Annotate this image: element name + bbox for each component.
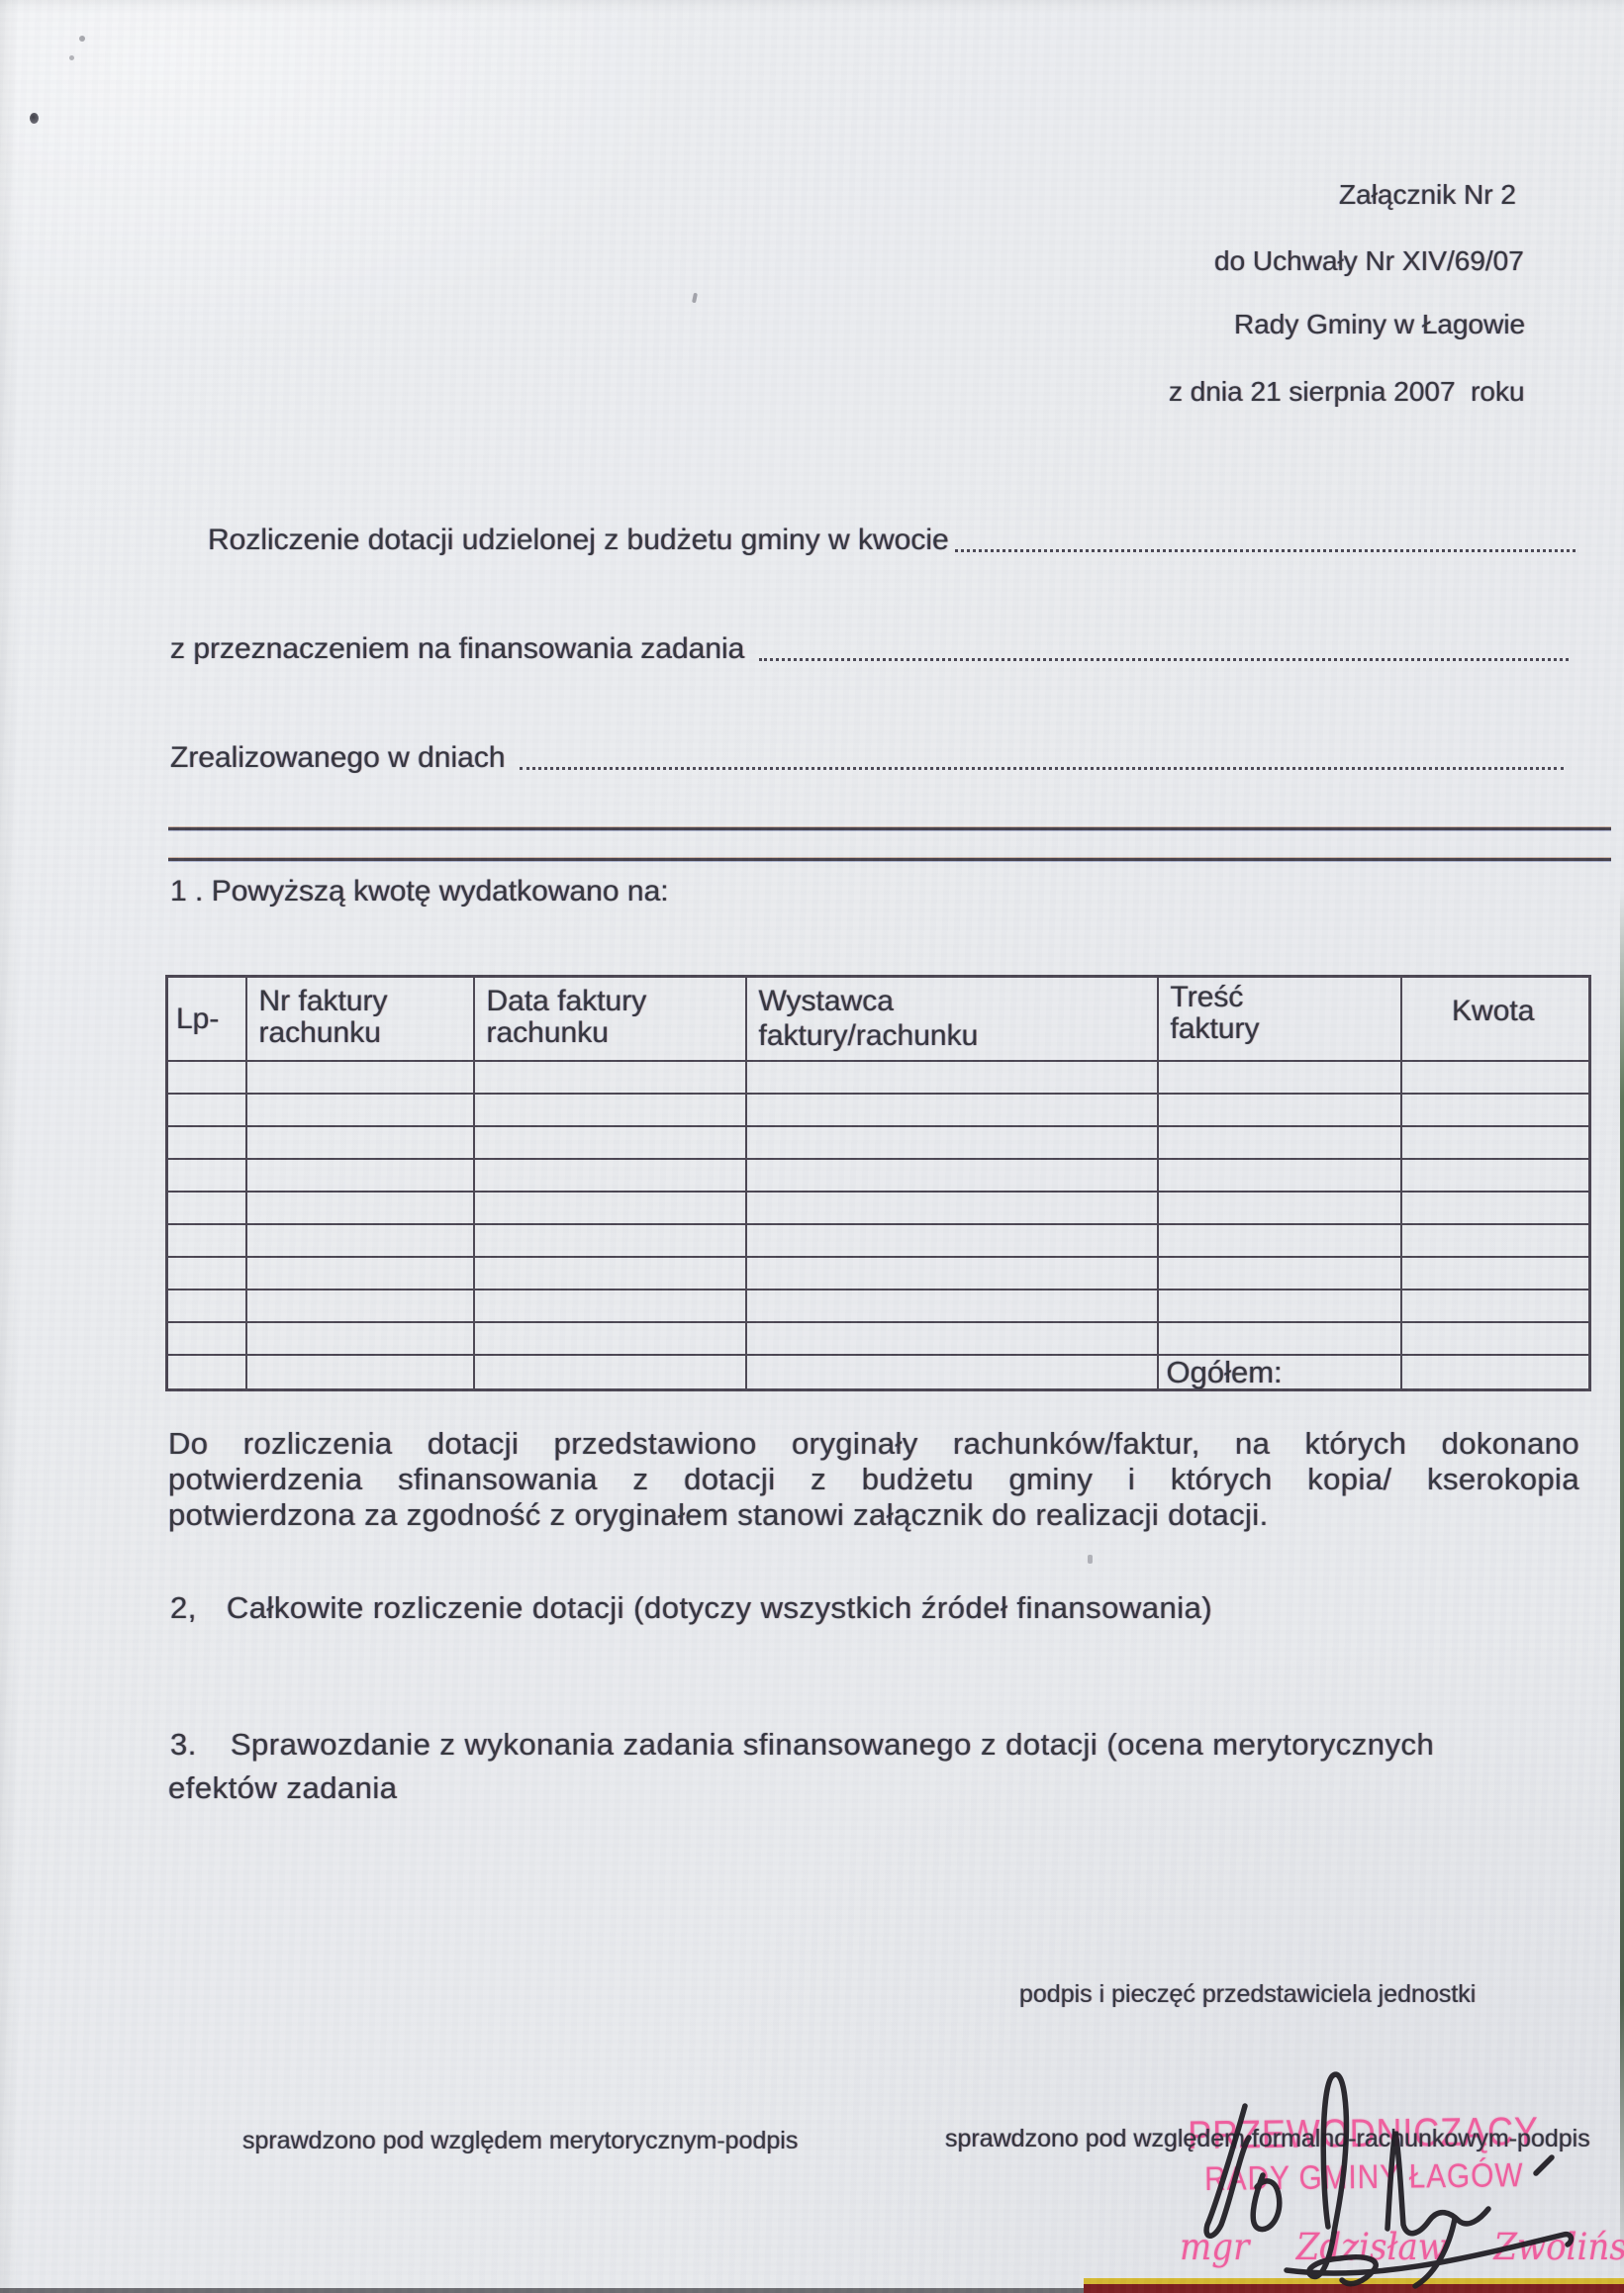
table-row xyxy=(167,1322,1590,1355)
table-cell xyxy=(1401,1257,1590,1290)
table-cell xyxy=(474,1061,746,1094)
table-cell xyxy=(1158,1257,1401,1290)
item-2-text: Całkowite rozliczenie dotacji (dotyczy w… xyxy=(227,1590,1212,1625)
attachment-date: z dnia 21 sierpnia 2007 roku xyxy=(1169,376,1525,408)
column-header-label: Wystawca xyxy=(759,985,894,1017)
table-row xyxy=(167,1257,1590,1290)
scan-speck xyxy=(69,55,74,60)
signature-stroke xyxy=(1253,2175,1280,2230)
column-header-label: Data faktury xyxy=(487,985,647,1017)
fill-line-realized-blank xyxy=(520,757,1564,770)
table-row xyxy=(167,1290,1590,1322)
verification-left: sprawdzono pod względem merytorycznym-po… xyxy=(242,2127,798,2155)
table-cell xyxy=(474,1224,746,1257)
total-value-cell xyxy=(1401,1355,1590,1390)
column-header-amount: Kwota xyxy=(1401,977,1590,1062)
fill-line-amount: Rozliczenie dotacji udzielonej z budżetu… xyxy=(208,523,1576,558)
item-3-text-line1: Sprawozdanie z wykonania zadania sfinans… xyxy=(231,1727,1434,1762)
table-cell xyxy=(1401,1159,1590,1192)
column-header-label: Nr faktury xyxy=(259,985,388,1017)
table-cell xyxy=(1158,1322,1401,1355)
horizontal-rule-top xyxy=(168,827,1611,830)
table-row xyxy=(167,1224,1590,1257)
table-cell xyxy=(246,1192,474,1224)
table-cell xyxy=(474,1290,746,1322)
total-label: Ogółem: xyxy=(1158,1355,1401,1390)
table-cell xyxy=(474,1126,746,1159)
fill-line-amount-blank xyxy=(955,539,1576,552)
fill-line-purpose-blank xyxy=(759,648,1569,661)
expenses-table: Lp- Nr fakturyrachunku Data fakturyrachu… xyxy=(165,975,1591,1391)
table-cell xyxy=(246,1224,474,1257)
signature-caption: podpis i pieczęć przedstawiciela jednost… xyxy=(1019,1980,1476,2009)
table-cell xyxy=(474,1159,746,1192)
table-cell xyxy=(167,1159,246,1192)
table-cell xyxy=(246,1290,474,1322)
table-row xyxy=(167,1192,1590,1224)
column-header-label: rachunku xyxy=(259,1016,381,1049)
table-cell xyxy=(1158,1061,1401,1094)
table-cell xyxy=(474,1355,746,1390)
closing-paragraph: Do rozliczenia dotacji przedstawiono ory… xyxy=(168,1426,1579,1533)
table-cell xyxy=(746,1322,1158,1355)
table-cell xyxy=(746,1061,1158,1094)
attachment-resolution: do Uchwały Nr XIV/69/07 xyxy=(1214,245,1524,277)
column-header-invoice-number: Nr fakturyrachunku xyxy=(246,977,474,1062)
table-cell xyxy=(167,1290,246,1322)
table-cell xyxy=(1158,1094,1401,1126)
column-header-label: faktury/rachunku xyxy=(759,1019,979,1052)
table-cell xyxy=(1401,1126,1590,1159)
column-header-label: Lp- xyxy=(176,1003,219,1035)
column-header-issuer: Wystawcafaktury/rachunku xyxy=(746,977,1158,1062)
section1-heading: 1 . Powyższą kwotę wydatkowano na: xyxy=(170,875,669,908)
signature-stroke xyxy=(1309,2233,1376,2284)
table-cell xyxy=(1158,1192,1401,1224)
table-cell xyxy=(746,1094,1158,1126)
table-header-row: Lp- Nr fakturyrachunku Data fakturyrachu… xyxy=(167,977,1590,1062)
column-header-label: rachunku xyxy=(487,1016,609,1049)
signature-stroke xyxy=(1206,2106,1249,2236)
item-3-marker: 3. xyxy=(170,1727,197,1763)
table-cell xyxy=(167,1126,246,1159)
table-cell xyxy=(474,1192,746,1224)
horizontal-rule-bottom xyxy=(168,858,1611,861)
scanned-document-page: Załącznik Nr 2 do Uchwały Nr XIV/69/07 R… xyxy=(0,0,1624,2293)
table-cell xyxy=(474,1094,746,1126)
table-cell xyxy=(246,1355,474,1390)
table-cell xyxy=(1158,1126,1401,1159)
table-cell xyxy=(246,1061,474,1094)
table-cell xyxy=(1401,1322,1590,1355)
table-row xyxy=(167,1159,1590,1192)
table-cell xyxy=(746,1355,1158,1390)
fill-line-purpose-label: z przeznaczeniem na finansowania zadania xyxy=(170,631,753,667)
table-cell xyxy=(167,1224,246,1257)
column-header-invoice-date: Data fakturyrachunku xyxy=(474,977,746,1062)
table-total-row: Ogółem: xyxy=(167,1355,1590,1390)
table-cell xyxy=(1401,1094,1590,1126)
fill-line-realized-label: Zrealizowanego w dniach xyxy=(170,740,514,776)
table-cell xyxy=(474,1257,746,1290)
item-2-marker: 2, xyxy=(170,1590,197,1626)
table-cell xyxy=(246,1257,474,1290)
table-row xyxy=(167,1094,1590,1126)
table-cell xyxy=(746,1159,1158,1192)
attachment-council: Rady Gminy w Łagowie xyxy=(1234,309,1525,340)
table-cell xyxy=(746,1224,1158,1257)
column-header-content: Treśćfaktury xyxy=(1158,977,1401,1062)
table-cell xyxy=(246,1159,474,1192)
fill-line-purpose: z przeznaczeniem na finansowania zadania xyxy=(170,631,1569,667)
scan-speck xyxy=(692,293,698,304)
table-cell xyxy=(1401,1290,1590,1322)
column-header-label: Treść xyxy=(1171,981,1244,1013)
signature-stroke xyxy=(1323,2074,1346,2233)
table-cell xyxy=(746,1192,1158,1224)
table-cell xyxy=(167,1355,246,1390)
item-2: 2,Całkowite rozliczenie dotacji (dotyczy… xyxy=(170,1590,1212,1626)
fill-line-amount-label: Rozliczenie dotacji udzielonej z budżetu… xyxy=(208,523,949,558)
table-cell xyxy=(167,1322,246,1355)
scan-speck xyxy=(79,36,85,42)
table-cell xyxy=(1401,1061,1590,1094)
item-3-text-line2: efektów zadania xyxy=(168,1770,398,1806)
table-cell xyxy=(167,1094,246,1126)
attachment-number: Załącznik Nr 2 xyxy=(1339,179,1516,211)
table-cell xyxy=(1401,1192,1590,1224)
table-cell xyxy=(1158,1159,1401,1192)
table-cell xyxy=(167,1061,246,1094)
table-row xyxy=(167,1061,1590,1094)
closing-paragraph-line: potwierdzona za zgodność z oryginałem st… xyxy=(168,1497,1579,1533)
column-header-label: Kwota xyxy=(1452,995,1534,1027)
closing-paragraph-line: potwierdzenia sfinansowania z dotacji z … xyxy=(168,1462,1579,1497)
table-cell xyxy=(167,1192,246,1224)
signature-stroke xyxy=(1387,2132,1488,2234)
table-cell xyxy=(246,1094,474,1126)
table-cell xyxy=(246,1126,474,1159)
table-cell xyxy=(746,1290,1158,1322)
item-3: 3.Sprawozdanie z wykonania zadania sfina… xyxy=(170,1727,1434,1763)
closing-paragraph-line: Do rozliczenia dotacji przedstawiono ory… xyxy=(168,1426,1579,1462)
table-cell xyxy=(746,1257,1158,1290)
table-cell xyxy=(167,1257,246,1290)
table-cell xyxy=(1158,1290,1401,1322)
table-cell xyxy=(474,1322,746,1355)
column-header-lp: Lp- xyxy=(167,977,246,1062)
handwritten-signature xyxy=(1128,2051,1623,2293)
fill-line-realized: Zrealizowanego w dniach xyxy=(170,740,1564,776)
table-cell xyxy=(1158,1224,1401,1257)
scan-edge-bottom xyxy=(0,2288,1108,2293)
scan-speck xyxy=(30,113,39,124)
signature-stroke xyxy=(1536,2157,1552,2173)
column-header-label: faktury xyxy=(1171,1012,1260,1045)
table-row xyxy=(167,1126,1590,1159)
table-cell xyxy=(746,1126,1158,1159)
table-cell xyxy=(246,1322,474,1355)
scan-speck xyxy=(1088,1555,1093,1564)
expenses-table-body xyxy=(167,1061,1590,1355)
table-cell xyxy=(1401,1224,1590,1257)
